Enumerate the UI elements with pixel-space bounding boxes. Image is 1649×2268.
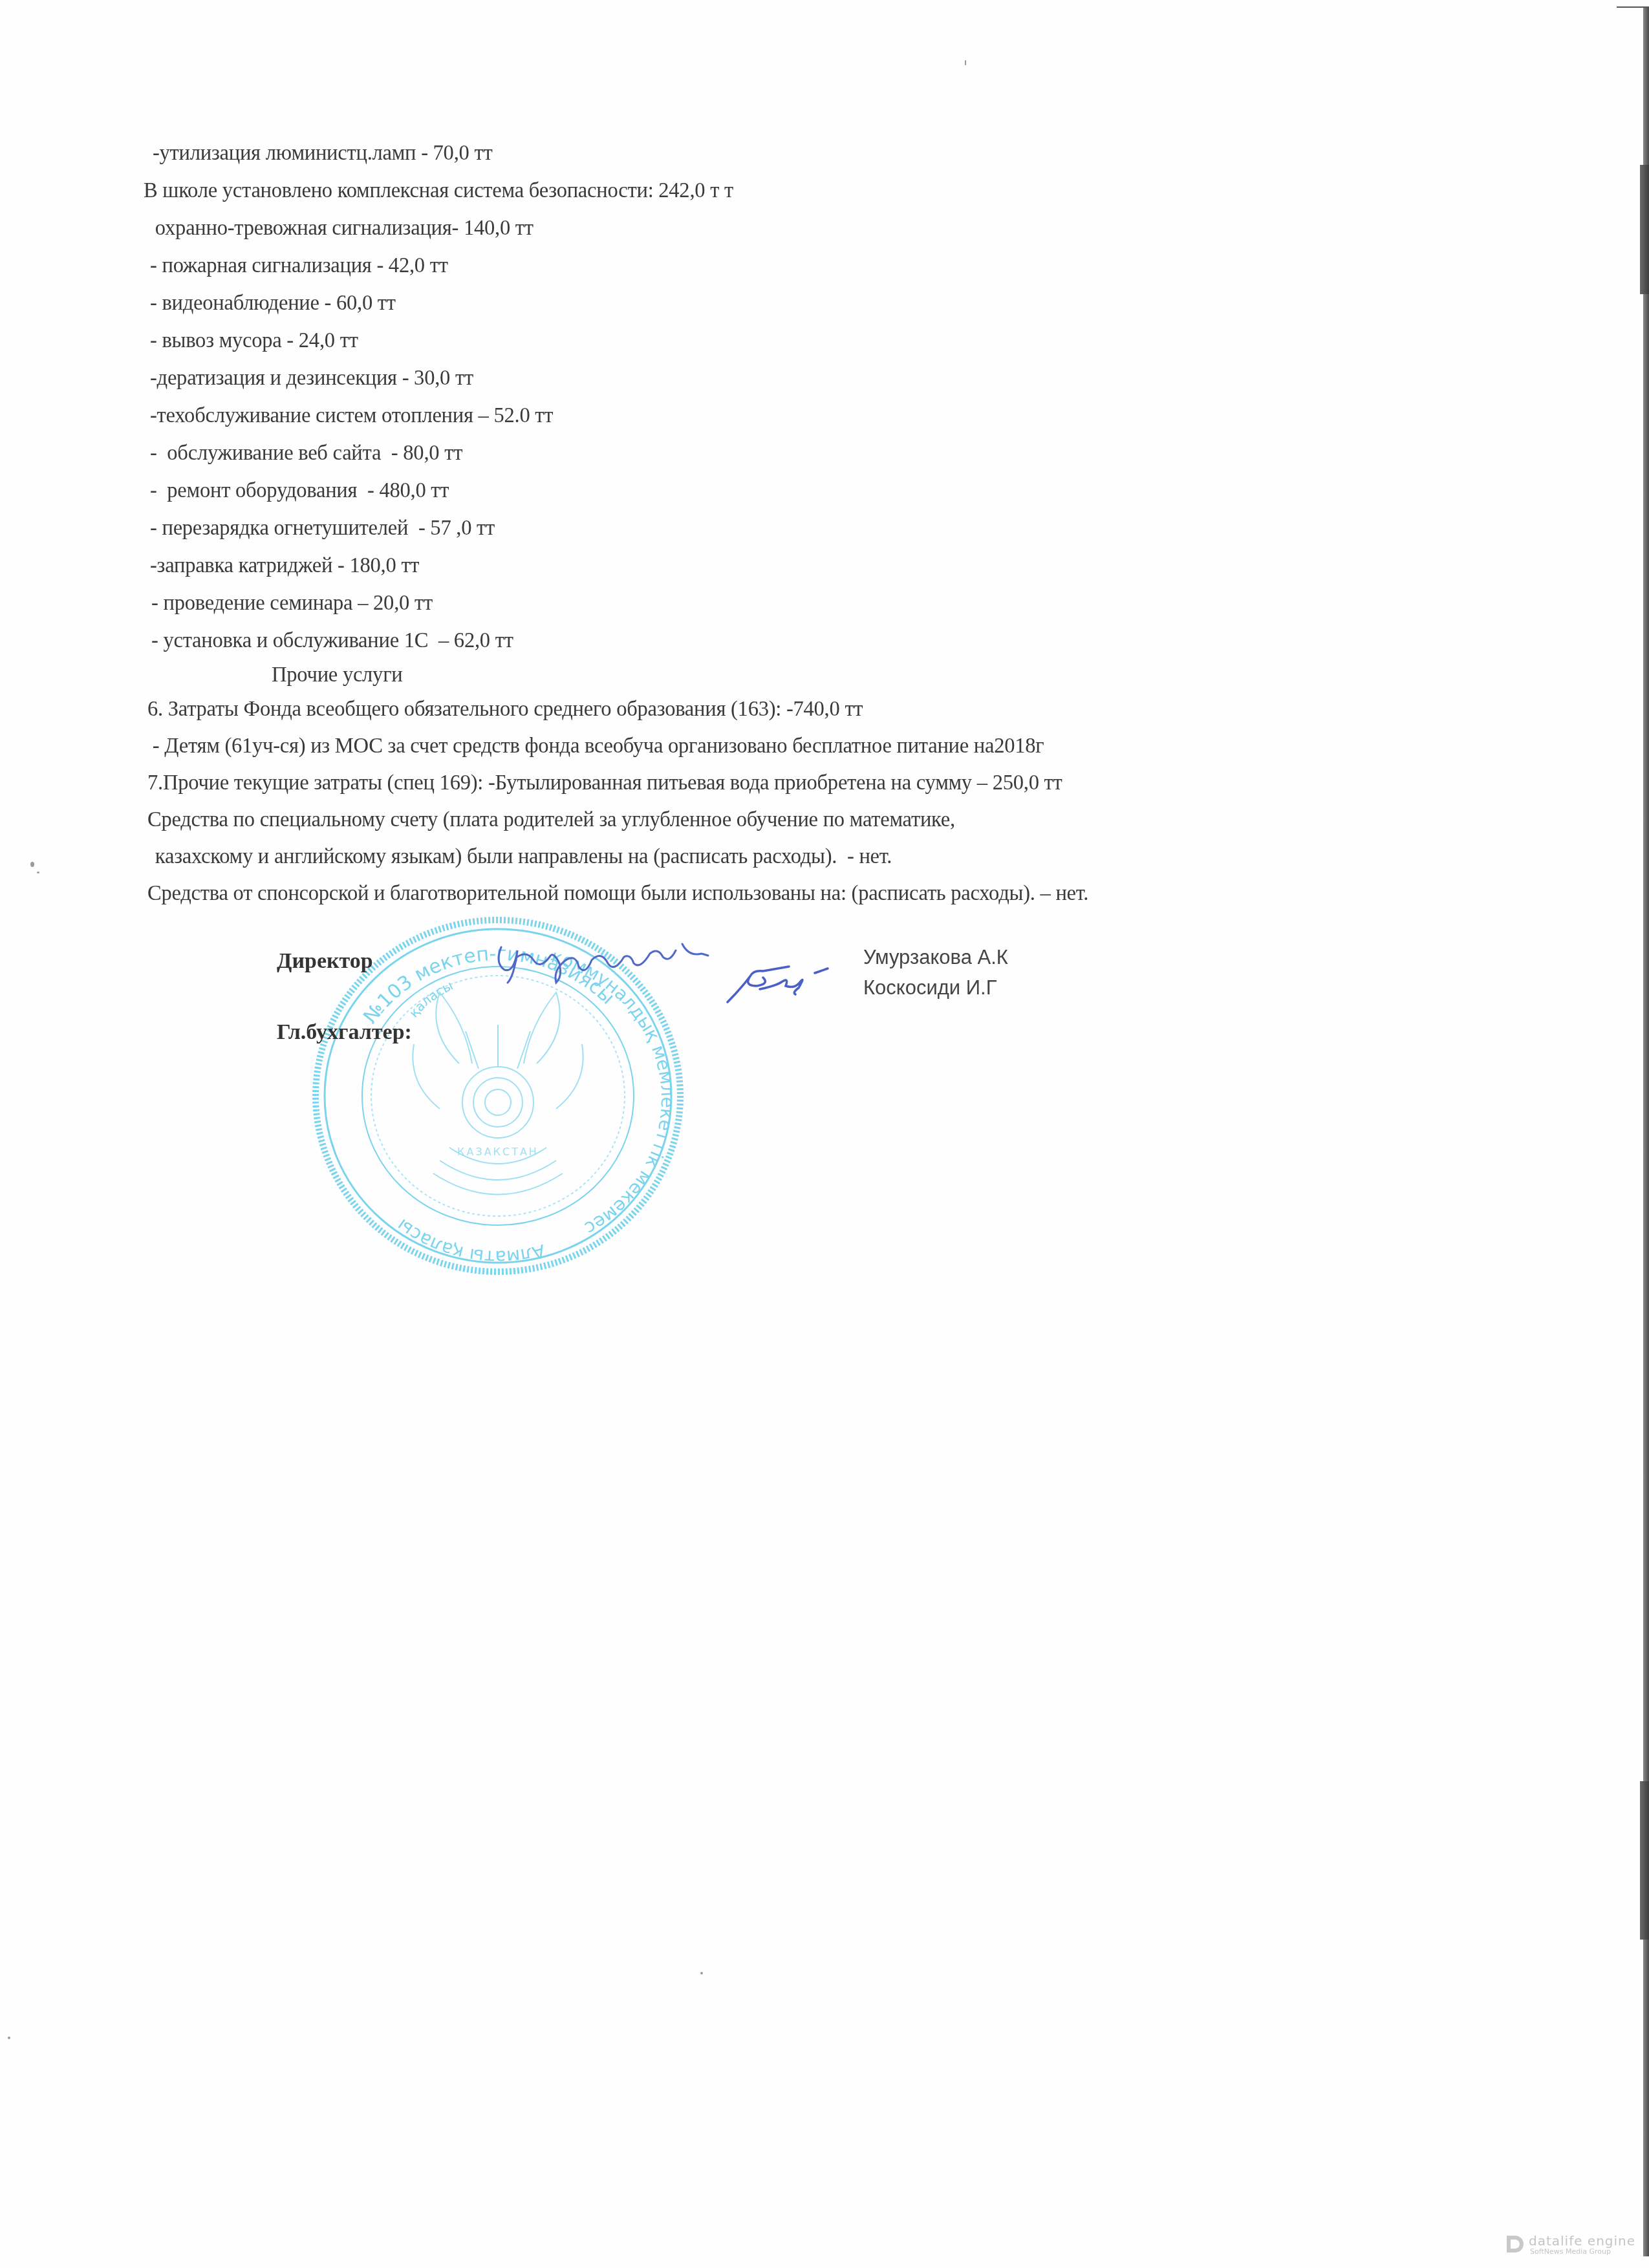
document-line: Прочие услуги	[272, 663, 402, 687]
chief-accountant-name: Коскосиди И.Г	[863, 976, 997, 1000]
document-line: казахскому и английскому языкам) были на…	[150, 844, 892, 869]
document-line: - обслуживание веб сайта - 80,0 тт	[150, 441, 462, 465]
chief-accountant-label: Гл.бухгалтер:	[277, 1020, 412, 1045]
scan-edge-segment	[1640, 165, 1649, 294]
document-line: - видеонаблюдение - 60,0 тт	[150, 291, 396, 316]
datalife-logo-icon	[1507, 2236, 1524, 2252]
document-line: -техобслуживание систем отопления – 52.0…	[150, 403, 553, 428]
scanned-page: -утилизация люминистц.ламп - 70,0 ттВ шк…	[0, 0, 1649, 2268]
director-label: Директор	[277, 949, 373, 974]
stamp-emblem-label: КАЗАКСТАН	[457, 1146, 539, 1158]
document-line: 7.Прочие текущие затраты (спец 169): -Бу…	[147, 771, 1062, 795]
document-line: -дератизация и дезинсекция - 30,0 тт	[150, 366, 473, 390]
watermark: datalife engine SoftNews Media Group	[1507, 2236, 1636, 2262]
emblem-icon	[413, 992, 583, 1195]
scan-speck	[965, 60, 966, 65]
watermark-subtitle: SoftNews Media Group	[1530, 2247, 1611, 2256]
scan-edge-segment	[1640, 1781, 1649, 1940]
watermark-title: datalife engine	[1529, 2233, 1635, 2249]
document-line: 6. Затраты Фонда всеобщего обязательного…	[147, 697, 863, 722]
scan-speck	[37, 872, 39, 873]
director-name: Умурзакова А.К	[863, 946, 1008, 969]
document-line: - Детям (61уч-ся) из МОС за счет средств…	[147, 734, 1044, 758]
document-line: Средства по специальному счету (плата ро…	[147, 808, 955, 832]
document-line: -утилизация люминистц.ламп - 70,0 тт	[153, 141, 492, 166]
director-signature	[488, 937, 721, 989]
document-line: - ремонт оборудования - 480,0 тт	[150, 478, 449, 503]
scan-speck	[700, 1972, 703, 1974]
document-line: - перезарядка огнетушителей - 57 ,0 тт	[150, 516, 495, 540]
document-line: - пожарная сигнализация - 42,0 тт	[150, 253, 448, 278]
document-line: В школе установлено комплексная система …	[144, 178, 733, 203]
document-line: - установка и обслуживание 1С – 62,0 тт	[151, 628, 513, 653]
accountant-signature	[724, 957, 841, 1009]
document-line: -заправка катриджей - 180,0 тт	[150, 553, 419, 578]
scan-speck	[8, 2037, 10, 2039]
scan-speck	[30, 862, 34, 867]
document-line: охранно-тревожная сигнализация- 140,0 тт	[150, 216, 533, 241]
document-line: - проведение семинара – 20,0 тт	[151, 591, 433, 615]
document-line: - вывоз мусора - 24,0 тт	[150, 328, 358, 353]
scan-edge-corner	[1617, 6, 1649, 8]
document-line: Средства от спонсорской и благотворитель…	[147, 881, 1088, 906]
